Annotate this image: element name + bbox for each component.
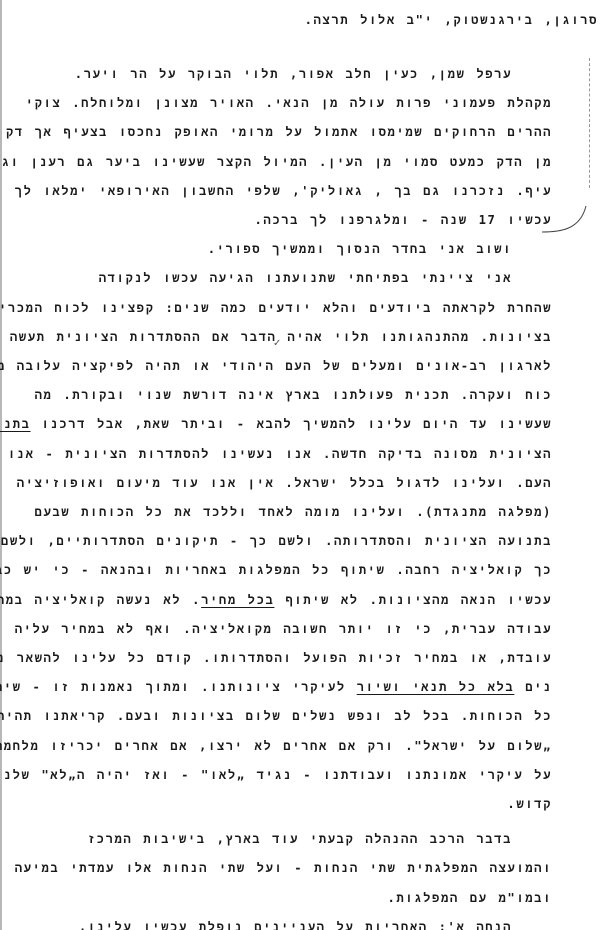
- letter-page-continued: [0, 0, 600, 930]
